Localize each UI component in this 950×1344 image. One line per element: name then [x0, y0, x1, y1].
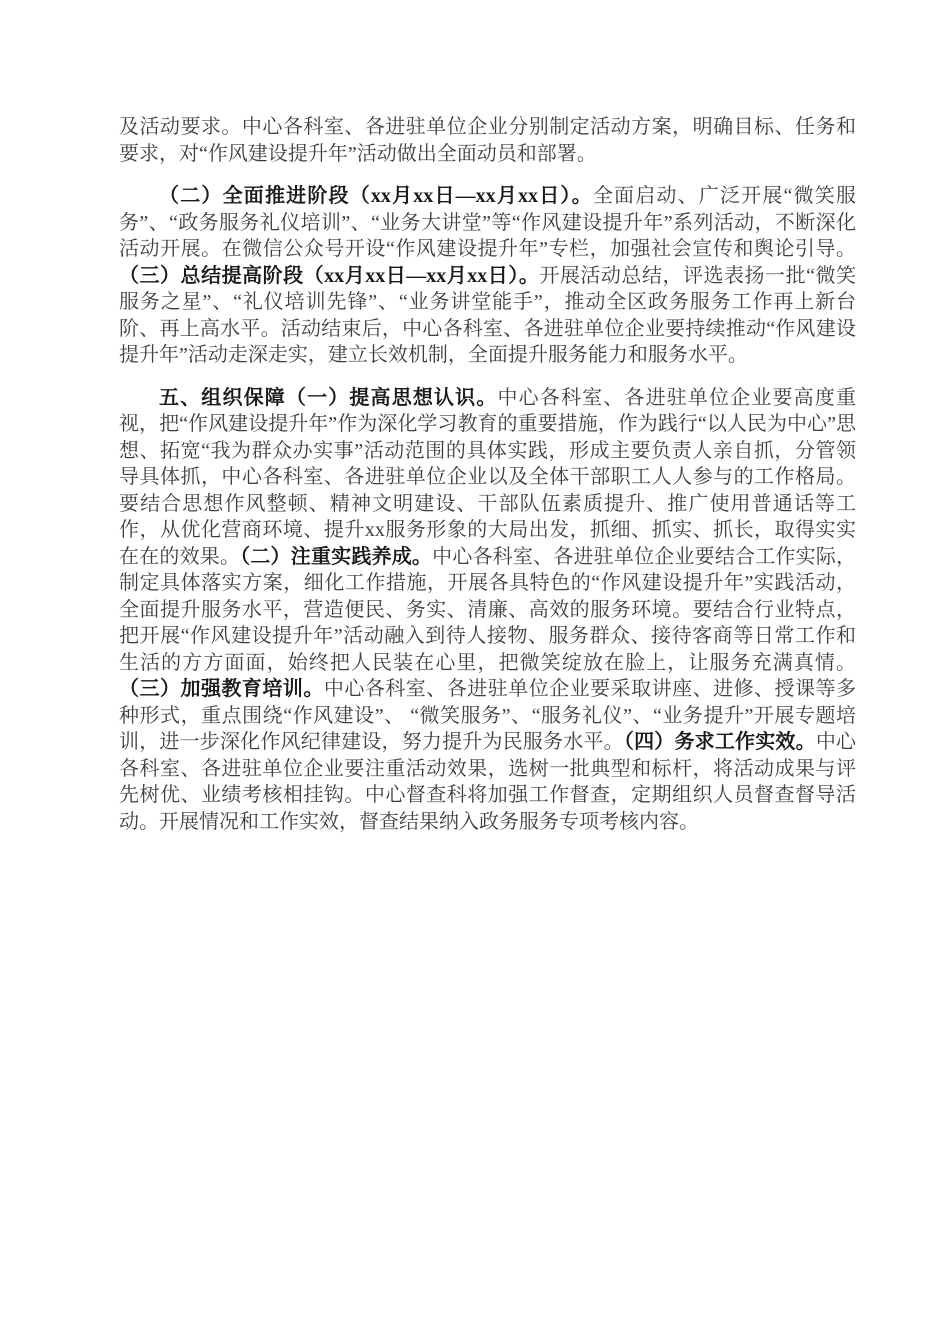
- bold-run: （四）务求工作实效。: [624, 731, 816, 753]
- paragraph-2: （二）全面推进阶段（xx月xx日—xx月xx日）。全面启动、广泛开展“微笑服务”…: [119, 183, 856, 369]
- text-run: 中心各科室、各进驻单位企业要高度重视，把“作风建设提升年”作为深化学习教育的重要…: [119, 387, 856, 568]
- bold-run: （二）全面推进阶段（xx月xx日—xx月xx日）。: [159, 185, 593, 207]
- bold-run: （三）加强教育培训。: [119, 678, 324, 700]
- bold-run: （二）注重实践养成。: [240, 546, 432, 568]
- bold-run: （三）总结提高阶段（xx月xx日—xx月xx日）。: [119, 265, 539, 287]
- paragraph-1: 及活动要求。中心各科室、各进驻单位企业分别制定活动方案，明确目标、任务和要求，对…: [119, 114, 856, 167]
- document-page: 及活动要求。中心各科室、各进驻单位企业分别制定活动方案，明确目标、任务和要求，对…: [0, 0, 950, 1344]
- paragraph-3: 五、组织保障（一）提高思想认识。中心各科室、各进驻单位企业要高度重视，把“作风建…: [119, 385, 856, 836]
- bold-run: 五、组织保障（一）提高思想认识。: [159, 387, 498, 409]
- text-run: 及活动要求。中心各科室、各进驻单位企业分别制定活动方案，明确目标、任务和要求，对…: [119, 116, 856, 165]
- document-body: 及活动要求。中心各科室、各进驻单位企业分别制定活动方案，明确目标、任务和要求，对…: [119, 114, 856, 851]
